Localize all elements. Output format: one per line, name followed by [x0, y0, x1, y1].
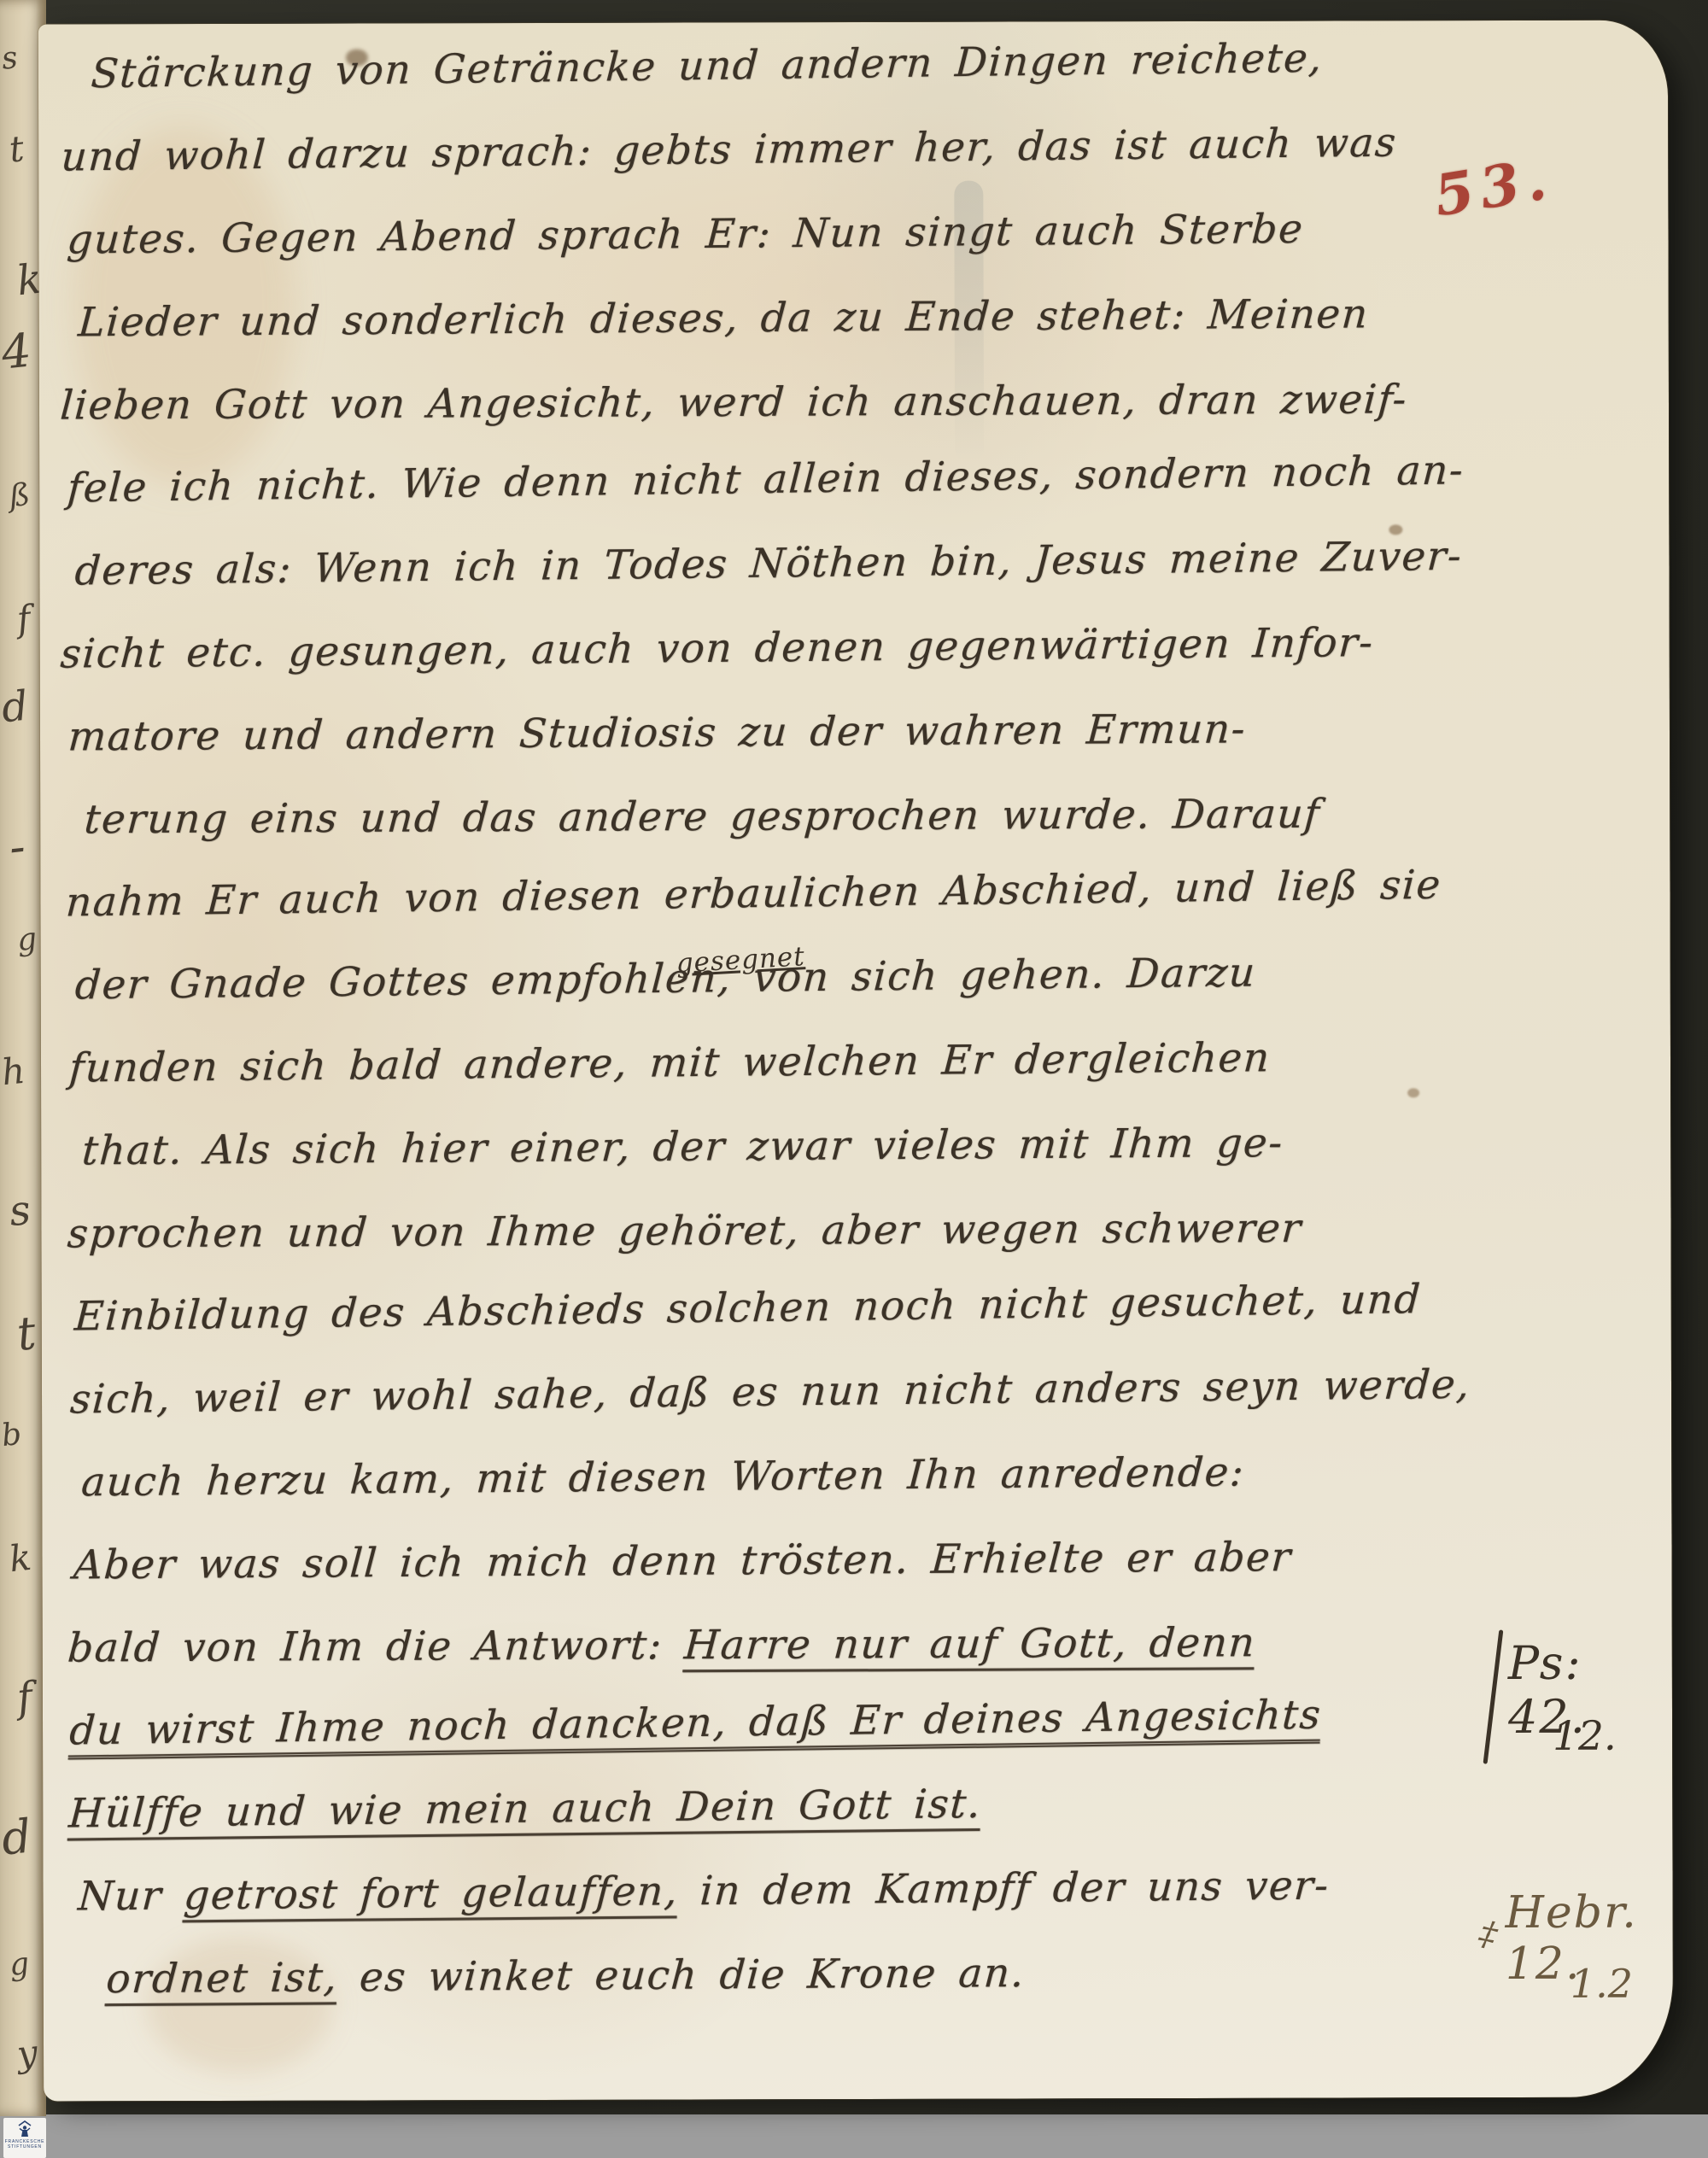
gutter-ink-fragment: t: [7, 127, 26, 170]
line-text: Lieder und sonderlich dieses, da zu Ende…: [77, 290, 1371, 346]
gutter-ink-fragment: k: [8, 1536, 33, 1580]
manuscript-line: sicht etc. gesungen, auch von denen gege…: [57, 618, 1511, 714]
gutter-ink-fragment: h: [0, 1050, 27, 1094]
gutter-ink-fragment: y: [15, 2032, 40, 2075]
manuscript-line: und wohl darzu sprach: gebts immer her, …: [57, 118, 1506, 216]
manuscript-line: gutes. Gegen Abend sprach Er: Nun singt …: [63, 204, 1506, 300]
gutter-ink-fragment: -: [7, 819, 28, 874]
gutter-ink-fragment: f: [15, 1673, 35, 1722]
gutter-ink-fragment: g: [8, 1946, 31, 1983]
margin-note-hebrews-verse: 1.2: [1571, 1961, 1633, 2007]
line-text: es winket euch die Krone an.: [336, 1950, 1027, 2001]
manuscript-line: that. Als sich hier einer, der zwar viel…: [79, 1118, 1515, 1210]
manuscript-scan: stk4ßfd-ghstbkfdgy 53. Stärckung von Get…: [0, 0, 1708, 2158]
margin-note-psalm-verse: 12.: [1553, 1713, 1617, 1760]
manuscript-text-block: Stärckung von Geträncke und andern Dinge…: [48, 38, 1517, 2039]
manuscript-line: sich, weil er wohl sahe, daß es nun nich…: [67, 1360, 1517, 1459]
manuscript-line: Stärckung von Geträncke und andern Dinge…: [88, 32, 1506, 133]
gutter-ink-fragment: b: [0, 1417, 23, 1453]
gutter-ink-fragment: s: [0, 40, 20, 77]
line-text: that. Als sich hier einer, der zwar viel…: [80, 1120, 1284, 1174]
manuscript-page: 53. Stärckung von Geträncke und andern D…: [38, 20, 1673, 2102]
gutter-ink-fragment: d: [0, 682, 31, 733]
manuscript-line: du wirst Ihme noch dancken, daß Er deine…: [67, 1689, 1520, 1791]
line-text: auch herzu kam, mit diesen Worten Ihn an…: [80, 1449, 1246, 1506]
gutter-ink-fragment: d: [0, 1809, 34, 1865]
gutter-ink-fragment: s: [7, 1186, 32, 1236]
underlined-text: Harre nur auf Gott, denn: [682, 1619, 1257, 1669]
gutter-ink-fragment: g: [15, 921, 38, 958]
line-text: lieben Gott von Angesicht, werd ich ansc…: [59, 376, 1409, 429]
line-text: Nur: [77, 1872, 185, 1920]
line-text: terung eins und das andere gesprochen wu…: [83, 791, 1322, 844]
manuscript-line: ordnet ist, es winket euch die Krone an.: [102, 1946, 1522, 2038]
manuscript-line: Einbildung des Abschieds solchen noch ni…: [71, 1275, 1516, 1377]
line-text: bald von Ihm die Antwort:: [66, 1622, 686, 1671]
line-text: gutes. Gegen Abend sprach Er: Nun singt …: [66, 206, 1305, 264]
manuscript-line: funden sich bald andere, mit welchen Er …: [66, 1032, 1514, 1128]
line-text: Aber was soll ich mich denn trösten. Erh…: [73, 1534, 1294, 1588]
gutter-ink-fragment: f: [15, 597, 32, 640]
manuscript-line: Hülffe und wie mein auch Dein Gott ist.: [65, 1775, 1520, 1873]
line-text: Stärckung von Geträncke und andern Dinge…: [90, 35, 1324, 98]
line-text: sprochen und von Ihme gehöret, aber wege…: [66, 1205, 1303, 1258]
francke-foundations-logo: FRANCKESCHE STIFTUNGEN: [3, 2118, 46, 2158]
gutter-ink-fragment: t: [15, 1306, 38, 1361]
underlined-text: Hülffe und wie mein auch Dein Gott ist.: [67, 1781, 983, 1838]
line-text: matore und andern Studiosis zu der wahre…: [67, 705, 1248, 760]
scan-bottom-band: [0, 2114, 1708, 2158]
francke-figure-icon: [17, 2120, 32, 2138]
manuscript-line: Aber was soll ich mich denn trösten. Erh…: [70, 1532, 1518, 1624]
manuscript-line: deres als: Wenn ich in Todes Nöthen bin,…: [72, 532, 1510, 630]
line-text: in dem Kampff der uns ver-: [677, 1863, 1331, 1915]
underlined-text: ordnet ist,: [105, 1954, 340, 2003]
gutter-ink-fragment: 4: [0, 323, 34, 379]
logo-text-line2: STIFTUNGEN: [8, 2144, 42, 2149]
manuscript-line: auch herzu kam, mit diesen Worten Ihn an…: [78, 1447, 1518, 1542]
gutter-ink-fragment: ß: [8, 477, 32, 514]
manuscript-line: Lieder und sonderlich dieses, da zu Ende…: [74, 289, 1507, 382]
manuscript-line: fele ich nicht. Wie denn nicht allein di…: [64, 447, 1509, 548]
manuscript-line: Nur getrost fort gelauffen, in dem Kampf…: [74, 1861, 1521, 1956]
line-text: funden sich bald andere, mit welchen Er …: [67, 1034, 1272, 1091]
underlined-text: getrost fort gelauffen,: [183, 1868, 680, 1919]
manuscript-line: matore und andern Studiosis zu der wahre…: [64, 704, 1511, 796]
